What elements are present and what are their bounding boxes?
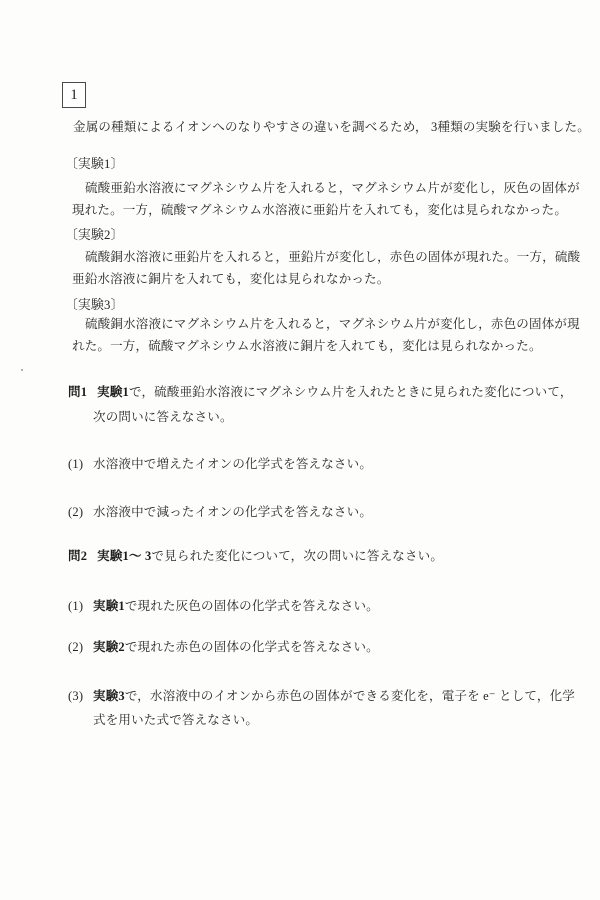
question1-item2-text: 水溶液中で減ったイオンの化学式を答えなさい。 (93, 500, 372, 524)
experiment2-line1: 硫酸銅水溶液に亜鉛片を入れると，亜鉛片が変化し，赤色の固体が現れた。一方，硫酸 (72, 247, 580, 269)
experiment3-line2: れた。一方，硫酸マグネシウム水溶液に銅片を入れても，変化は見られなかった。 (72, 336, 580, 358)
experiment3-line1: 硫酸銅水溶液にマグネシウム片を入れると，マグネシウム片が変化し，赤色の固体が現 (72, 314, 580, 336)
question2-item3: (3) 実験3で，水溶液中のイオンから赤色の固体ができる変化を，電子を e⁻ と… (68, 684, 575, 732)
question1-heading-rest: で，硫酸亜鉛水溶液にマグネシウム片を入れたときに見られた変化について， (129, 385, 573, 399)
question2-item3-bold: 実験3 (93, 689, 125, 703)
question2-item1: (1) 実験1で現れた灰色の固体の化学式を答えなさい。 (68, 594, 379, 618)
question1-heading: 問1実験1で，硫酸亜鉛水溶液にマグネシウム片を入れたときに見られた変化について，… (68, 380, 573, 430)
experiment2-header: 〔実験2〕 (65, 225, 124, 247)
question2-bold-exp: 実験1～ 3 (97, 549, 151, 563)
question2-item2-content: 実験2で現れた赤色の固体の化学式を答えなさい。 (93, 635, 379, 659)
experiment2-line2: 亜鉛水溶液に銅片を入れても，変化は見られなかった。 (72, 269, 580, 291)
question2-item3-text: で，水溶液中のイオンから赤色の固体ができる変化を，電子を e⁻ として，化学 (125, 689, 575, 703)
question2-item1-content: 実験1で現れた灰色の固体の化学式を答えなさい。 (93, 594, 379, 618)
experiment1-line1: 硫酸亜鉛水溶液にマグネシウム片を入れると，マグネシウム片が変化し，灰色の固体が (72, 178, 580, 200)
question2-item1-label: (1) (68, 594, 93, 618)
question2-item2-label: (2) (68, 635, 93, 659)
question2-item3-content: 実験3で，水溶液中のイオンから赤色の固体ができる変化を，電子を e⁻ として，化… (93, 684, 575, 732)
question1-item2: (2) 水溶液中で減ったイオンの化学式を答えなさい。 (68, 500, 372, 524)
exam-page: 1 金属の種類によるイオンへのなりやすさの違いを調べるため， 3種類の実験を行い… (0, 0, 600, 900)
question1-heading-line1: 問1実験1で，硫酸亜鉛水溶液にマグネシウム片を入れたときに見られた変化について， (68, 380, 573, 405)
question2-item2-bold: 実験2 (93, 640, 125, 654)
question2-item1-bold: 実験1 (93, 599, 125, 613)
question1-item1-label: (1) (68, 452, 93, 476)
question1-bold-exp: 実験1 (97, 385, 129, 399)
question2-item3-line2: 式を用いた式で答えなさい。 (93, 708, 575, 732)
intro-text: 金属の種類によるイオンへのなりやすさの違いを調べるため， 3種類の実験を行いまし… (73, 117, 590, 139)
experiment3-paragraph: 硫酸銅水溶液にマグネシウム片を入れると，マグネシウム片が変化し，赤色の固体が現 … (72, 314, 580, 357)
scan-speck (21, 369, 23, 371)
question2-item2-text: で現れた赤色の固体の化学式を答えなさい。 (125, 640, 379, 654)
question1-heading-line2: 次の問いに答えなさい。 (68, 405, 573, 430)
question-number: 1 (70, 87, 78, 104)
experiment1-header: 〔実験1〕 (65, 154, 124, 176)
question2-item3-line1: 実験3で，水溶液中のイオンから赤色の固体ができる変化を，電子を e⁻ として，化… (93, 684, 575, 708)
question2-item2: (2) 実験2で現れた赤色の固体の化学式を答えなさい。 (68, 635, 379, 659)
question1-item1-text: 水溶液中で増えたイオンの化学式を答えなさい。 (93, 452, 372, 476)
question2-heading: 問2実験1～ 3で見られた変化について，次の問いに答えなさい。 (68, 544, 443, 569)
question2-item3-label: (3) (68, 684, 93, 732)
question2-heading-rest: で見られた変化について，次の問いに答えなさい。 (151, 549, 443, 563)
experiment2-paragraph: 硫酸銅水溶液に亜鉛片を入れると，亜鉛片が変化し，赤色の固体が現れた。一方，硫酸 … (72, 247, 580, 290)
question2-item1-text: で現れた灰色の固体の化学式を答えなさい。 (125, 599, 379, 613)
question2-heading-line1: 問2実験1～ 3で見られた変化について，次の問いに答えなさい。 (68, 544, 443, 569)
question2-label: 問2 (68, 549, 87, 563)
question1-label: 問1 (68, 385, 87, 399)
question1-item2-label: (2) (68, 500, 93, 524)
question-number-box: 1 (62, 82, 86, 108)
experiment1-line2: 現れた。一方，硫酸マグネシウム水溶液に亜鉛片を入れても，変化は見られなかった。 (72, 200, 580, 222)
question1-item1: (1) 水溶液中で増えたイオンの化学式を答えなさい。 (68, 452, 372, 476)
experiment1-paragraph: 硫酸亜鉛水溶液にマグネシウム片を入れると，マグネシウム片が変化し，灰色の固体が … (72, 178, 580, 221)
